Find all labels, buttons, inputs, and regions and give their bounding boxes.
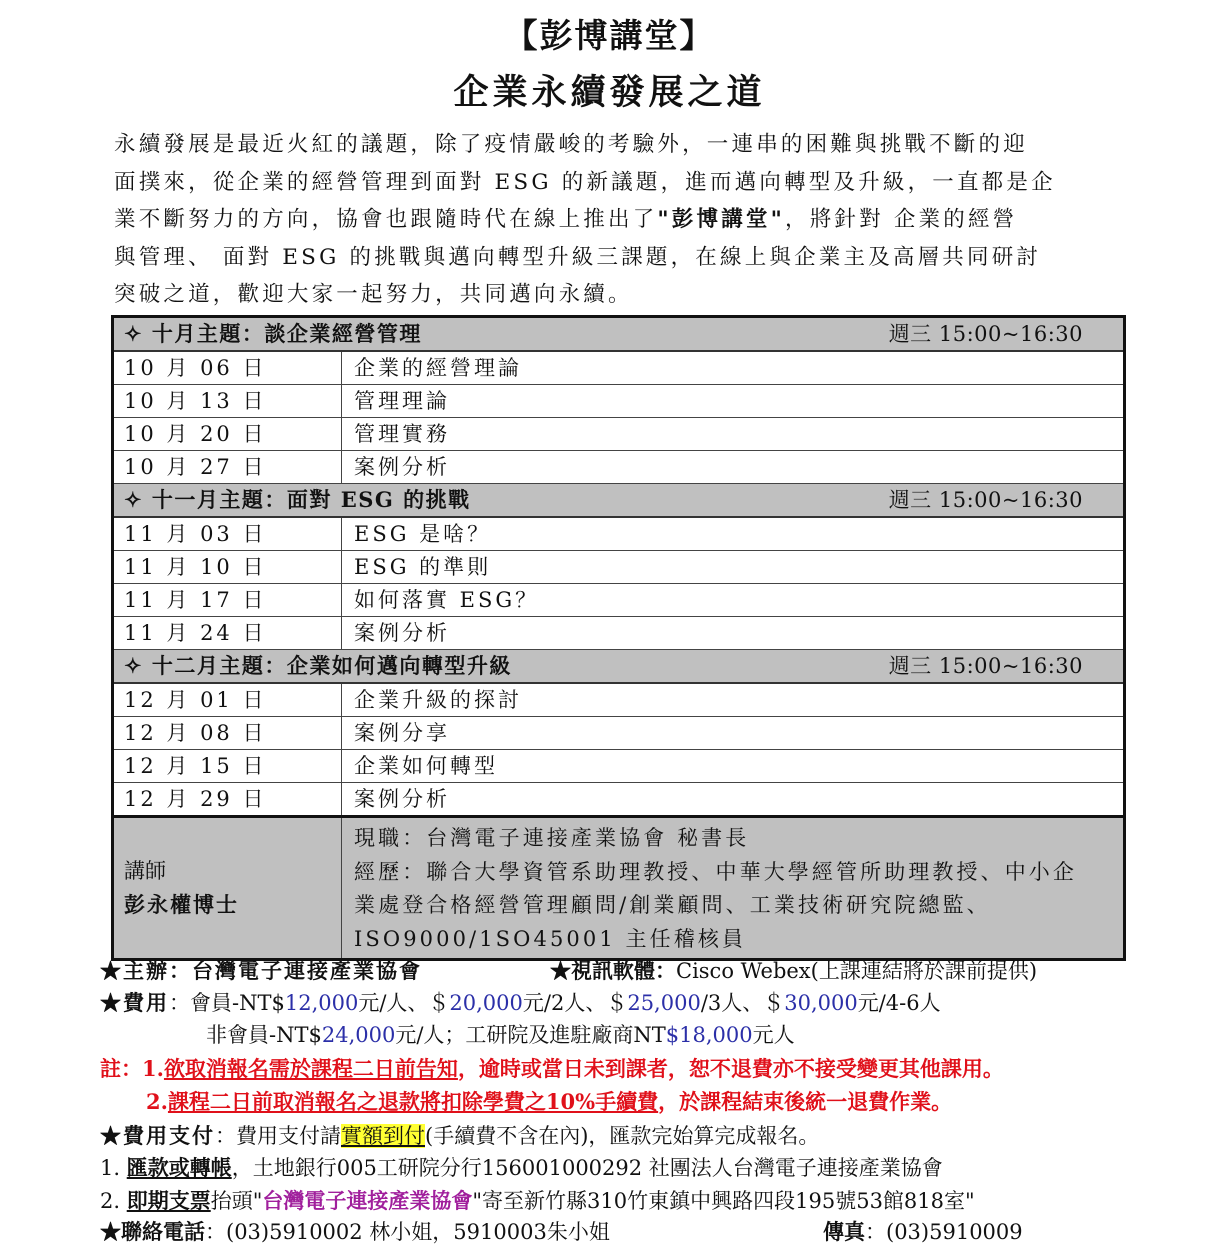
session-topic: 企業升級的探討: [342, 683, 1125, 717]
session-row: 12 月 29 日案例分析: [113, 783, 1125, 817]
session-date: 11 月 24 日: [113, 617, 342, 650]
session-topic: ESG 的準則: [342, 551, 1125, 584]
sparkle-icon: ✧: [124, 321, 143, 346]
instructor-detail-line: 業處登合格經營管理顧問/創業顧問、工業技術研究院總監、: [354, 889, 1119, 923]
software-value: Cisco Webex(上課連結將於課前提供): [676, 959, 1037, 983]
fee-amount: 30,000: [784, 991, 857, 1015]
fee-nonmember-line: 非會員-NT$24,000元/人；工研院及進駐廠商NT$18,000元人: [206, 1019, 1219, 1051]
note-2: 2.課程二日前取消報名之退款將扣除學費之10%手續費，於課程結束後統一退費作業。: [146, 1086, 1176, 1118]
theme-title: ✧ 十月主題：談企業經營管理: [124, 321, 422, 346]
session-topic: 企業的經營理論: [342, 351, 1125, 385]
fee-amount: 20,000: [449, 991, 522, 1015]
instructor-detail-line: 現職：台灣電子連接產業協會 秘書長: [354, 822, 1119, 856]
session-date: 10 月 06 日: [113, 351, 342, 385]
session-topic: 案例分享: [342, 717, 1125, 750]
intro-line: 面撲來，從企業的經營管理到面對 ESG 的新議題，進而邁向轉型及升級，一直都是企: [114, 164, 1120, 202]
theme-title: ✧ 十一月主題：面對 ESG 的挑戰: [124, 487, 471, 512]
note-1: 註：1.欲取消報名需於課程二日前告知，逾時或當日未到課者，恕不退費亦不接受變更其…: [100, 1053, 1130, 1085]
session-row: 11 月 10 日ESG 的準則: [113, 551, 1125, 584]
session-row: 10 月 20 日管理實務: [113, 418, 1125, 451]
intro-line: 永續發展是最近火紅的議題，除了疫情嚴峻的考驗外，一連串的困難與挑戰不斷的迎: [114, 126, 1120, 164]
payment-label: ★費用支付: [100, 1123, 215, 1148]
instructor-cell: 講師 彭永權博士: [113, 817, 342, 960]
theme-time: 週三 15:00~16:30: [889, 318, 1123, 350]
session-row: 11 月 03 日ESG 是啥？: [113, 517, 1125, 551]
session-date: 11 月 03 日: [113, 517, 342, 551]
payee-name: 台灣電子連接產業協會: [262, 1188, 472, 1213]
session-row: 10 月 06 日企業的經營理論: [113, 351, 1125, 385]
fee-member-prefix: ：會員-NT$: [169, 991, 285, 1015]
page-title: 企業永續發展之道: [0, 70, 1219, 116]
theme-row-december: ✧ 十二月主題：企業如何邁向轉型升級 週三 15:00~16:30: [113, 650, 1125, 684]
session-row: 12 月 01 日企業升級的探討: [113, 683, 1125, 717]
session-date: 12 月 01 日: [113, 683, 342, 717]
schedule-table: ✧ 十月主題：談企業經營管理 週三 15:00~16:30 10 月 06 日企…: [111, 315, 1126, 961]
session-date: 10 月 13 日: [113, 385, 342, 418]
fee-label: ★費用: [100, 990, 169, 1015]
intro-line-text: 業不斷努力的方向，協會也跟隨時代在線上推出了: [114, 207, 657, 232]
session-date: 11 月 17 日: [113, 584, 342, 617]
phone-label: ★聯絡電話: [100, 1219, 205, 1244]
fee-amount: $18,000: [666, 1023, 753, 1047]
session-topic: 案例分析: [342, 451, 1125, 484]
session-row: 10 月 27 日案例分析: [113, 451, 1125, 484]
session-date: 10 月 20 日: [113, 418, 342, 451]
session-topic: 管理實務: [342, 418, 1125, 451]
theme-time: 週三 15:00~16:30: [889, 484, 1123, 516]
session-topic: 案例分析: [342, 617, 1125, 650]
session-date: 10 月 27 日: [113, 451, 342, 484]
organizer-line: ★主辦：台灣電子連接產業協會 ★視訊軟體：Cisco Webex(上課連結將於課…: [100, 955, 1130, 987]
session-row: 12 月 15 日企業如何轉型: [113, 750, 1125, 783]
instructor-detail-line: ISO9000/1SO45001 主任稽核員: [354, 923, 1119, 957]
fee-member-line: ★費用：會員-NT$12,000元/人、＄20,000元/2人、＄25,000/…: [100, 987, 1130, 1019]
session-date: 11 月 10 日: [113, 551, 342, 584]
sparkle-icon: ✧: [124, 487, 143, 512]
intro-paragraph: 永續發展是最近火紅的議題，除了疫情嚴峻的考驗外，一連串的困難與挑戰不斷的迎 面撲…: [114, 126, 1120, 314]
session-topic: 管理理論: [342, 385, 1125, 418]
session-date: 12 月 08 日: [113, 717, 342, 750]
theme-time: 週三 15:00~16:30: [889, 650, 1123, 682]
organizer-label: ★主辦：台灣電子連接產業協會: [100, 958, 422, 983]
fee-amount: 25,000: [627, 991, 700, 1015]
intro-line: 突破之道，歡迎大家一起努力，共同邁向永續。: [114, 276, 1120, 314]
session-date: 12 月 29 日: [113, 783, 342, 817]
page-title-bracket: 【彭博講堂】: [0, 14, 1219, 58]
session-row: 10 月 13 日管理理論: [113, 385, 1125, 418]
theme-row-october: ✧ 十月主題：談企業經營管理 週三 15:00~16:30: [113, 317, 1125, 352]
contact-line: ★聯絡電話：(03)5910002 林小姐，5910003朱小姐 傳真：(03)…: [100, 1216, 1130, 1248]
session-topic: ESG 是啥？: [342, 517, 1125, 551]
phone-value: ：(03)5910002 林小姐，5910003朱小姐: [205, 1220, 610, 1244]
theme-row-november: ✧ 十一月主題：面對 ESG 的挑戰 週三 15:00~16:30: [113, 484, 1125, 518]
payment-method-1: 1. 匯款或轉帳，土地銀行005工研院分行156001000292 社團法人台灣…: [100, 1152, 1130, 1184]
session-topic: 企業如何轉型: [342, 750, 1125, 783]
payment-method-2: 2. 即期支票抬頭"台灣電子連接產業協會"寄至新竹縣310竹東鎮中興路四段195…: [100, 1185, 1130, 1217]
payment-line: ★費用支付：費用支付請實額到付(手續費不含在內)，匯款完始算完成報名。: [100, 1120, 1130, 1152]
instructor-detail-line: 經歷：聯合大學資管系助理教授、中華大學經管所助理教授、中小企: [354, 856, 1119, 890]
session-row: 12 月 08 日案例分享: [113, 717, 1125, 750]
intro-line: 與管理、 面對 ESG 的挑戰與邁向轉型升級三課題，在線上與企業主及高層共同研討: [114, 239, 1120, 277]
instructor-row: 講師 彭永權博士 現職：台灣電子連接產業協會 秘書長 經歷：聯合大學資管系助理教…: [113, 817, 1125, 960]
instructor-name: 彭永權博士: [124, 888, 341, 922]
session-row: 11 月 17 日如何落實 ESG？: [113, 584, 1125, 617]
session-topic: 如何落實 ESG？: [342, 584, 1125, 617]
software-label: ★視訊軟體：: [550, 958, 676, 983]
session-date: 12 月 15 日: [113, 750, 342, 783]
fee-amount: 12,000: [285, 991, 358, 1015]
fee-amount: 24,000: [322, 1023, 395, 1047]
instructor-detail: 現職：台灣電子連接產業協會 秘書長 經歷：聯合大學資管系助理教授、中華大學經管所…: [342, 817, 1125, 960]
intro-highlight: "彭博講堂": [657, 207, 785, 232]
intro-line: 業不斷努力的方向，協會也跟隨時代在線上推出了"彭博講堂"，將針對 企業的經營: [114, 201, 1120, 239]
payment-highlight: 實額到付: [341, 1124, 425, 1148]
instructor-label: 講師: [124, 854, 341, 888]
intro-line-text: ，將針對 企業的經營: [785, 207, 1017, 232]
fax-value: ：(03)5910009: [865, 1220, 1023, 1244]
theme-title: ✧ 十二月主題：企業如何邁向轉型升級: [124, 653, 512, 678]
sparkle-icon: ✧: [124, 653, 143, 678]
session-topic: 案例分析: [342, 783, 1125, 817]
session-row: 11 月 24 日案例分析: [113, 617, 1125, 650]
fax-label: 傳真: [823, 1219, 865, 1244]
